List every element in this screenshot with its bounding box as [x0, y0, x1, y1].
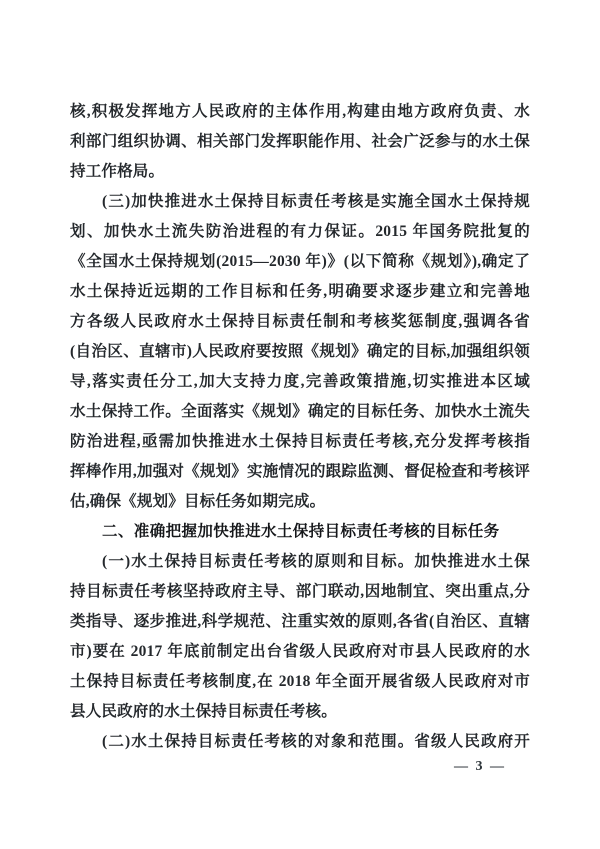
- body-line: 方各级人民政府水土保持目标责任制和考核奖惩制度,强调各省: [70, 307, 530, 337]
- scanned-document-page: 核,积极发挥地方人民政府的主体作用,构建由地方政府负责、水利部门组织协调、相关部…: [0, 0, 600, 849]
- document-body: 核,积极发挥地方人民政府的主体作用,构建由地方政府负责、水利部门组织协调、相关部…: [70, 97, 530, 757]
- body-line: 防治进程,亟需加快推进水土保持目标责任考核,充分发挥考核指: [70, 427, 530, 457]
- body-line: 导,落实责任分工,加大支持力度,完善政策措施,切实推进本区域: [70, 367, 530, 397]
- body-line: 市)要在 2017 年底前制定出台省级人民政府对市县人民政府的水: [70, 637, 530, 667]
- body-line: 估,确保《规划》目标任务如期完成。: [70, 487, 530, 517]
- body-line: 利部门组织协调、相关部门发挥职能作用、社会广泛参与的水土保: [70, 127, 530, 157]
- body-line: 《全国水土保持规划(2015—2030 年)》(以下简称《规划》),确定了: [70, 247, 530, 277]
- body-line: 核,积极发挥地方人民政府的主体作用,构建由地方政府负责、水: [70, 97, 530, 127]
- body-line: 挥棒作用,加强对《规划》实施情况的跟踪监测、督促检查和考核评: [70, 457, 530, 487]
- body-line: 水土保持近远期的工作目标和任务,明确要求逐步建立和完善地: [70, 277, 530, 307]
- body-line: 县人民政府的水土保持目标责任考核。: [70, 697, 530, 727]
- paragraph-start-line: (二)水土保持目标责任考核的对象和范围。省级人民政府开: [70, 727, 530, 757]
- body-line: 持工作格局。: [70, 157, 530, 187]
- body-line: 水土保持工作。全面落实《规划》确定的目标任务、加快水土流失: [70, 397, 530, 427]
- paragraph-start-line: (三)加快推进水土保持目标责任考核是实施全国水土保持规: [70, 187, 530, 217]
- section-heading: 二、准确把握加快推进水土保持目标责任考核的目标任务: [70, 517, 530, 547]
- paragraph-start-line: (一)水土保持目标责任考核的原则和目标。加快推进水土保: [70, 547, 530, 577]
- body-line: 土保持目标责任考核制度,在 2018 年全面开展省级人民政府对市: [70, 667, 530, 697]
- body-line: 划、加快水土流失防治进程的有力保证。2015 年国务院批复的: [70, 217, 530, 247]
- body-line: 类指导、逐步推进,科学规范、注重实效的原则,各省(自治区、直辖: [70, 607, 530, 637]
- page-number: — 3 —: [454, 756, 506, 778]
- body-line: (自治区、直辖市)人民政府要按照《规划》确定的目标,加强组织领: [70, 337, 530, 367]
- body-line: 持目标责任考核坚持政府主导、部门联动,因地制宜、突出重点,分: [70, 577, 530, 607]
